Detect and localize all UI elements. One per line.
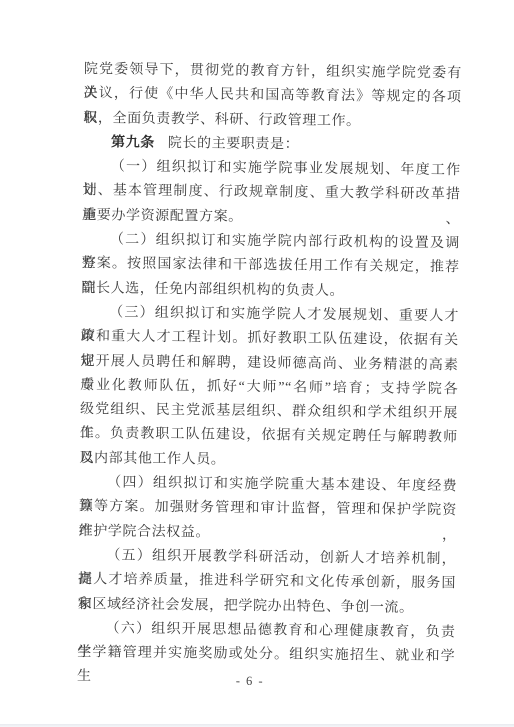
document-page: 院党委领导下，贯彻党的教育方针，组织实施学院党委有关决议，行使《中华人民共和国高… <box>0 0 514 727</box>
text-line: 决议，行使《中华人民共和国高等教育法》等规定的各项职 <box>83 82 461 111</box>
text-line: 生学籍管理并实施奖励或处分。组织实施招生、就业和学生 <box>77 641 455 670</box>
article-heading-text: 院长的主要职责是： <box>168 136 300 152</box>
article-number: 第九条 <box>111 135 155 150</box>
body-text-block: 院党委领导下，贯彻党的教育方针，组织实施学院党委有关决议，行使《中华人民共和国高… <box>77 58 462 670</box>
text-line: 策和重大人才工程计划。抓好教职工队伍建设，依据有关规 <box>81 325 459 354</box>
text-line: 高人才培养质量，推进科学研究和文化传承创新，服务国家 <box>78 568 456 597</box>
scanned-content: 院党委领导下，贯彻党的教育方针，组织实施学院党委有关决议，行使《中华人民共和国高… <box>0 0 514 727</box>
